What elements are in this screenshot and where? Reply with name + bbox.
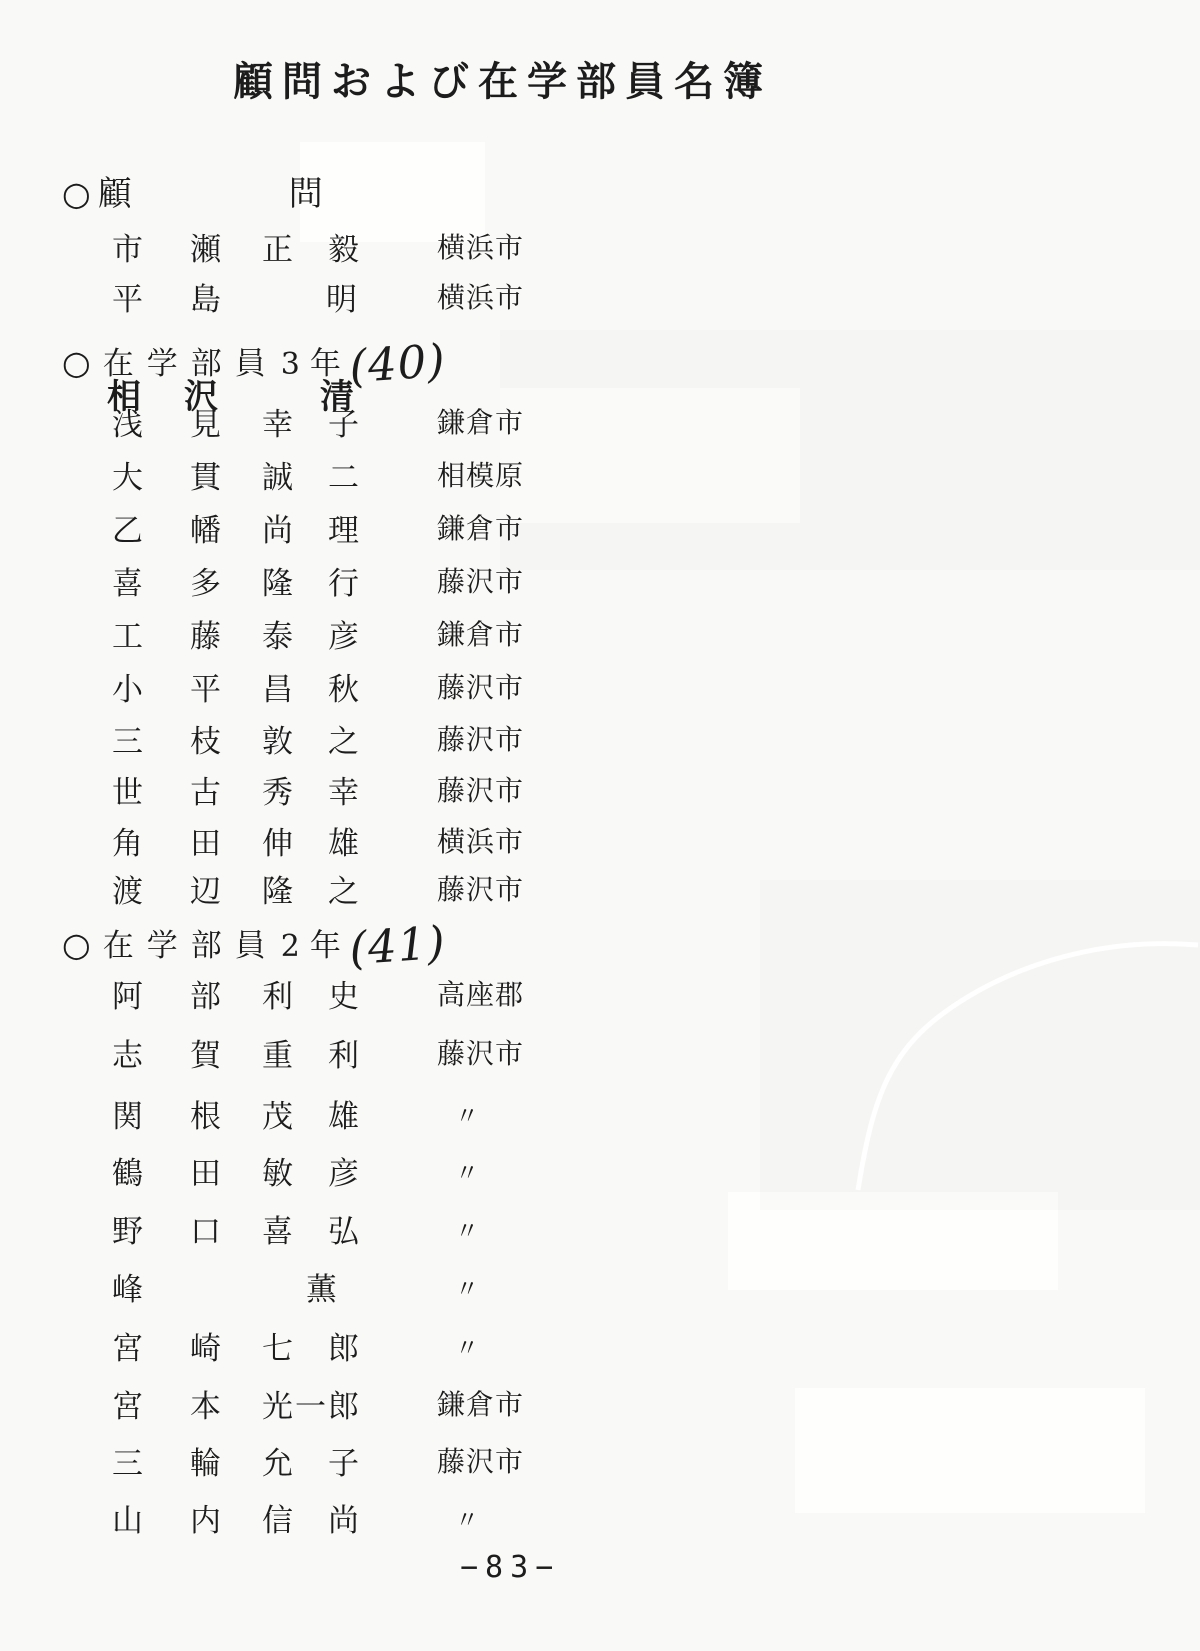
member-surname: 乙幡 [112, 505, 268, 550]
member-given-name: 昌秋 [262, 664, 394, 709]
handwritten-count: (41) [348, 916, 448, 976]
section-grade-unit: 年 [310, 920, 341, 965]
member-surname: 志賀 [112, 1030, 268, 1075]
ditto-mark: 〃 [455, 1096, 480, 1131]
member-row: 乙幡 尚理 鎌倉市 [0, 505, 1200, 543]
ditto-mark: 〃 [455, 1328, 480, 1363]
member-row: 山内 信尚 〃 [0, 1495, 1200, 1533]
member-surname: 大貫 [112, 452, 268, 497]
member-surname: 角田 [112, 818, 268, 863]
member-city: 藤沢市 [437, 769, 524, 809]
section-header-advisors: ○ 顧問 [62, 166, 480, 215]
member-given-name: 隆行 [262, 558, 394, 603]
member-surname: 三枝 [112, 716, 268, 761]
document-page: 顧問および在学部員名簿 ○ 顧問 市瀬 正毅 横浜市 平島 明 横浜市 ○ 在学… [0, 0, 1200, 1651]
ditto-mark: 〃 [455, 1269, 480, 1304]
member-surname: 鶴田 [112, 1148, 268, 1193]
section-grade: 2 [281, 929, 300, 964]
member-given-name: 七郎 [262, 1323, 394, 1368]
section-label: 顧問 [98, 166, 480, 215]
section-bullet-icon: ○ [62, 177, 91, 210]
member-given-name: 敏彦 [262, 1148, 394, 1193]
member-city: 藤沢市 [437, 560, 524, 600]
member-row: 渡辺 隆之 藤沢市 [0, 866, 1200, 904]
member-given-name: 敦之 [262, 716, 394, 761]
member-city: 鎌倉市 [437, 1383, 524, 1423]
member-given-name: 正毅 [262, 224, 394, 269]
member-given-name: 泰彦 [262, 611, 394, 656]
member-row: 三輪 允子 藤沢市 [0, 1438, 1200, 1476]
ditto-mark: 〃 [455, 1153, 480, 1188]
member-city: 鎌倉市 [437, 401, 524, 441]
member-row: 野口 喜弘 〃 [0, 1206, 1200, 1244]
member-surname: 小平 [112, 664, 268, 709]
member-surname: 浅見 [112, 399, 268, 444]
member-city: 藤沢市 [437, 1440, 524, 1480]
member-city: 藤沢市 [437, 718, 524, 758]
member-given-name: 茂雄 [262, 1091, 394, 1136]
member-given-name: 薫 [306, 1264, 337, 1309]
member-city: 横浜市 [437, 276, 524, 316]
member-given-name: 秀幸 [262, 767, 394, 812]
member-given-name: 信尚 [262, 1495, 394, 1540]
member-row: 峰 薫 〃 [0, 1264, 1200, 1302]
member-city: 藤沢市 [437, 666, 524, 706]
member-row: 関根 茂雄 〃 [0, 1091, 1200, 1129]
member-row: 角田 伸雄 横浜市 [0, 818, 1200, 856]
ditto-mark: 〃 [455, 1211, 480, 1246]
page-title: 顧問および在学部員名簿 [233, 50, 772, 107]
member-row: 宮崎 七郎 〃 [0, 1323, 1200, 1361]
member-row: 宮本 光一郎 鎌倉市 [0, 1381, 1200, 1419]
member-row: 鶴田 敏彦 〃 [0, 1148, 1200, 1186]
member-city: 藤沢市 [437, 868, 524, 908]
member-row: 平島 明 横浜市 [0, 274, 1200, 312]
member-city: 横浜市 [437, 820, 524, 860]
member-given-name: 光一郎 [262, 1381, 361, 1426]
member-surname: 世古 [112, 767, 268, 812]
member-city: 藤沢市 [437, 1032, 524, 1072]
member-surname: 工藤 [112, 611, 268, 656]
member-given-name: 伸雄 [262, 818, 394, 863]
member-row: 志賀 重利 藤沢市 [0, 1030, 1200, 1068]
member-row: 小平 昌秋 藤沢市 [0, 664, 1200, 702]
member-given-name: 幸子 [262, 399, 394, 444]
section-header-grade2: ○ 在学部員 2 年 (41) [62, 914, 445, 967]
member-surname: 宮崎 [112, 1323, 268, 1368]
member-row: 浅見 幸子 鎌倉市 [0, 399, 1200, 437]
member-row: 市瀬 正毅 横浜市 [0, 224, 1200, 262]
member-given-name: 誠二 [262, 452, 394, 497]
member-surname: 峰 [112, 1264, 143, 1309]
member-row: 世古 秀幸 藤沢市 [0, 767, 1200, 805]
member-surname: 三輪 [112, 1438, 268, 1483]
member-surname: 渡辺 [112, 866, 268, 911]
member-row: 三枝 敦之 藤沢市 [0, 716, 1200, 754]
ditto-mark: 〃 [455, 1500, 480, 1535]
member-city: 鎌倉市 [437, 507, 524, 547]
section-label: 在学部員 [103, 920, 279, 965]
member-given-name: 尚理 [262, 505, 394, 550]
member-surname: 平島 [112, 274, 268, 319]
member-row: 工藤 泰彦 鎌倉市 [0, 611, 1200, 649]
section-bullet-icon: ○ [62, 928, 91, 961]
member-row: 大貫 誠二 相模原 [0, 452, 1200, 490]
member-given-name: 隆之 [262, 866, 394, 911]
member-given-name: 明 [326, 274, 357, 319]
member-city: 鎌倉市 [437, 613, 524, 653]
member-row: 喜多 隆行 藤沢市 [0, 558, 1200, 596]
member-surname: 市瀬 [112, 224, 268, 269]
member-surname: 宮本 [112, 1381, 268, 1426]
page-number: −83− [460, 1550, 560, 1585]
member-given-name: 利史 [262, 971, 394, 1016]
member-surname: 山内 [112, 1495, 268, 1540]
member-given-name: 喜弘 [262, 1206, 394, 1251]
member-city: 横浜市 [437, 226, 524, 266]
member-row: 阿部 利史 高座郡 [0, 971, 1200, 1009]
member-surname: 野口 [112, 1206, 268, 1251]
member-surname: 阿部 [112, 971, 268, 1016]
member-given-name: 允子 [262, 1438, 394, 1483]
member-surname: 喜多 [112, 558, 268, 603]
member-city: 相模原 [437, 454, 524, 494]
member-surname: 関根 [112, 1091, 268, 1136]
member-city: 高座郡 [437, 973, 524, 1013]
member-given-name: 重利 [262, 1030, 394, 1075]
